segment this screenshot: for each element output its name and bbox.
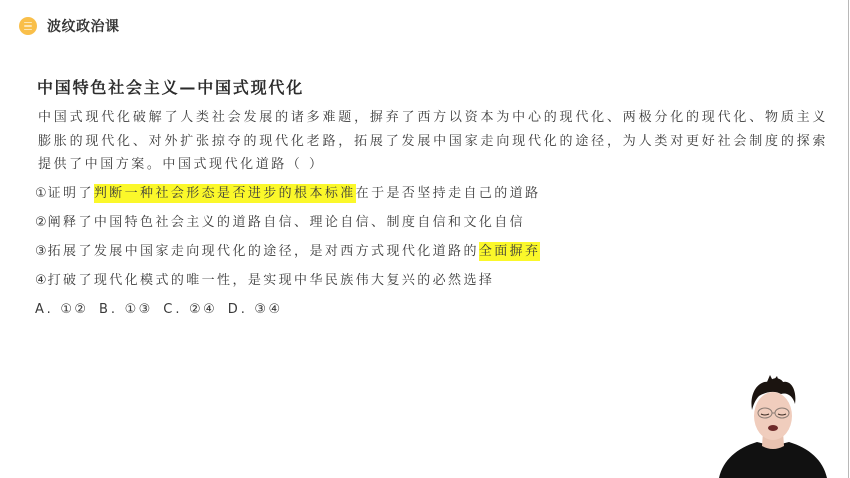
option-marker: ②: [35, 215, 47, 230]
option-text: 打破了现代化模式的唯一性，是实现中华民族伟大复兴的必然选择: [48, 273, 495, 288]
option-text: 拓展了发展中国家走向现代化的途径，是对西方式现代化道路的: [48, 244, 479, 259]
section-title: 中国特色社会主义—中国式现代化: [37, 76, 828, 100]
option-1: ①证明了判断一种社会形态是否进步的根本标准在于是否坚持走自己的道路: [35, 179, 828, 208]
choice-letter: B.: [99, 302, 118, 317]
choice-d: D. ③④: [228, 302, 283, 317]
menu-lines-icon[interactable]: [19, 17, 37, 35]
highlighted-text: 判断一种社会形态是否进步的根本标准: [94, 184, 356, 203]
choice-value: ①②: [60, 302, 88, 317]
choice-value: ①③: [125, 302, 153, 317]
choice-a: A. ①②: [35, 302, 88, 317]
option-4: ④打破了现代化模式的唯一性，是实现中华民族伟大复兴的必然选择: [35, 266, 828, 295]
option-marker: ①: [35, 186, 47, 201]
app-header: 波纹政治课: [0, 0, 848, 52]
choice-letter: A.: [35, 302, 54, 317]
option-2: ②阐释了中国特色社会主义的道路自信、理论自信、制度自信和文化自信: [35, 208, 828, 237]
option-text: 阐释了中国特色社会主义的道路自信、理论自信、制度自信和文化自信: [48, 215, 525, 230]
choice-letter: D.: [228, 302, 248, 317]
question-stem: 中国式现代化破解了人类社会发展的诸多难题，摒弃了西方以资本为中心的现代化、两极分…: [38, 106, 828, 177]
option-text: 在于是否坚持走自己的道路: [356, 186, 541, 201]
choice-c: C. ②④: [163, 302, 217, 317]
presenter-webcam: [717, 370, 829, 478]
choice-value: ②④: [189, 302, 217, 317]
presenter-avatar-icon: [717, 370, 829, 478]
highlighted-text: 全面摒弃: [479, 242, 541, 261]
option-3: ③拓展了发展中国家走向现代化的途径，是对西方式现代化道路的全面摒弃: [35, 237, 828, 266]
option-text: 证明了: [48, 186, 94, 201]
choice-value: ③④: [254, 302, 282, 317]
option-marker: ④: [35, 273, 47, 288]
question-content: 中国特色社会主义—中国式现代化 中国式现代化破解了人类社会发展的诸多难题，摒弃了…: [38, 76, 828, 324]
option-marker: ③: [35, 244, 47, 259]
choice-letter: C.: [163, 302, 182, 317]
app-title: 波纹政治课: [47, 16, 120, 36]
choice-b: B. ①③: [99, 302, 153, 317]
window-edge-divider: [848, 0, 849, 478]
answer-choices: A. ①② B. ①③ C. ②④ D. ③④: [35, 295, 828, 324]
